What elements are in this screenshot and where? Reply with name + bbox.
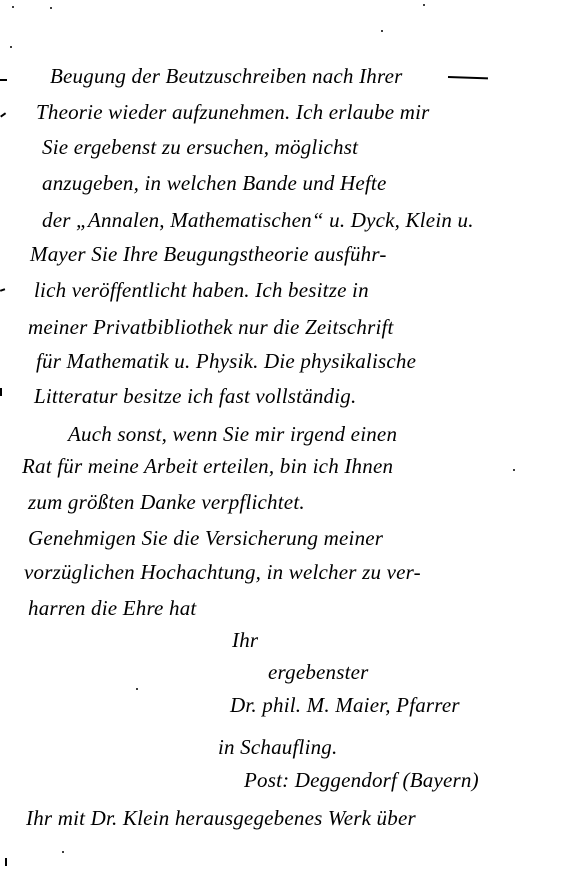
body-line: harren die Ehre hat <box>28 598 196 619</box>
body-line: zum größten Danke verpflichtet. <box>28 492 305 513</box>
scan-speck <box>12 6 14 8</box>
closing-salutation: Ihr <box>232 630 258 651</box>
margin-mark <box>0 112 6 117</box>
postscript-line: Ihr mit Dr. Klein herausgegebenes Werk ü… <box>26 808 416 829</box>
scan-speck <box>62 851 64 853</box>
closing-phrase: ergebenster <box>268 662 369 683</box>
body-line: Beugung der Beutzuschreiben nach Ihrer <box>50 66 402 87</box>
body-line: anzugeben, in welchen Bande und Hefte <box>42 173 386 194</box>
margin-mark <box>0 79 7 81</box>
scan-speck <box>136 688 138 690</box>
margin-mark <box>0 388 2 396</box>
body-line: Genehmigen Sie die Versicherung meiner <box>28 528 383 549</box>
body-line: vorzüglichen Hochachtung, in welcher zu … <box>24 562 421 583</box>
letter-page: Beugung der Beutzuschreiben nach Ihrer T… <box>0 0 569 880</box>
body-line: Litteratur besitze ich fast vollständig. <box>34 386 356 407</box>
scan-speck <box>423 4 425 6</box>
signature-post: Post: Deggendorf (Bayern) <box>244 770 479 791</box>
body-line: Theorie wieder aufzunehmen. Ich erlaube … <box>36 102 430 123</box>
signature-location: in Schaufling. <box>218 737 337 758</box>
body-line: Mayer Sie Ihre Beugungstheorie ausführ- <box>30 244 387 265</box>
scan-speck <box>381 30 383 32</box>
margin-mark <box>5 858 7 866</box>
body-line: für Mathematik u. Physik. Die physikalis… <box>36 351 416 372</box>
scan-speck <box>513 469 515 471</box>
body-line: der „Annalen, Mathematischen“ u. Dyck, K… <box>42 210 474 231</box>
body-line: Auch sonst, wenn Sie mir irgend einen <box>68 424 397 445</box>
scan-speck <box>50 7 52 9</box>
line-flourish <box>448 76 488 79</box>
signature: Dr. phil. M. Maier, Pfarrer <box>230 695 460 716</box>
body-line: lich veröffentlicht haben. Ich besitze i… <box>34 280 369 301</box>
margin-mark <box>0 288 5 291</box>
body-line: Rat für meine Arbeit erteilen, bin ich I… <box>22 456 393 477</box>
body-line: Sie ergebenst zu ersuchen, möglichst <box>42 137 358 158</box>
body-line: meiner Privatbibliothek nur die Zeitschr… <box>28 317 394 338</box>
scan-speck <box>10 46 12 48</box>
